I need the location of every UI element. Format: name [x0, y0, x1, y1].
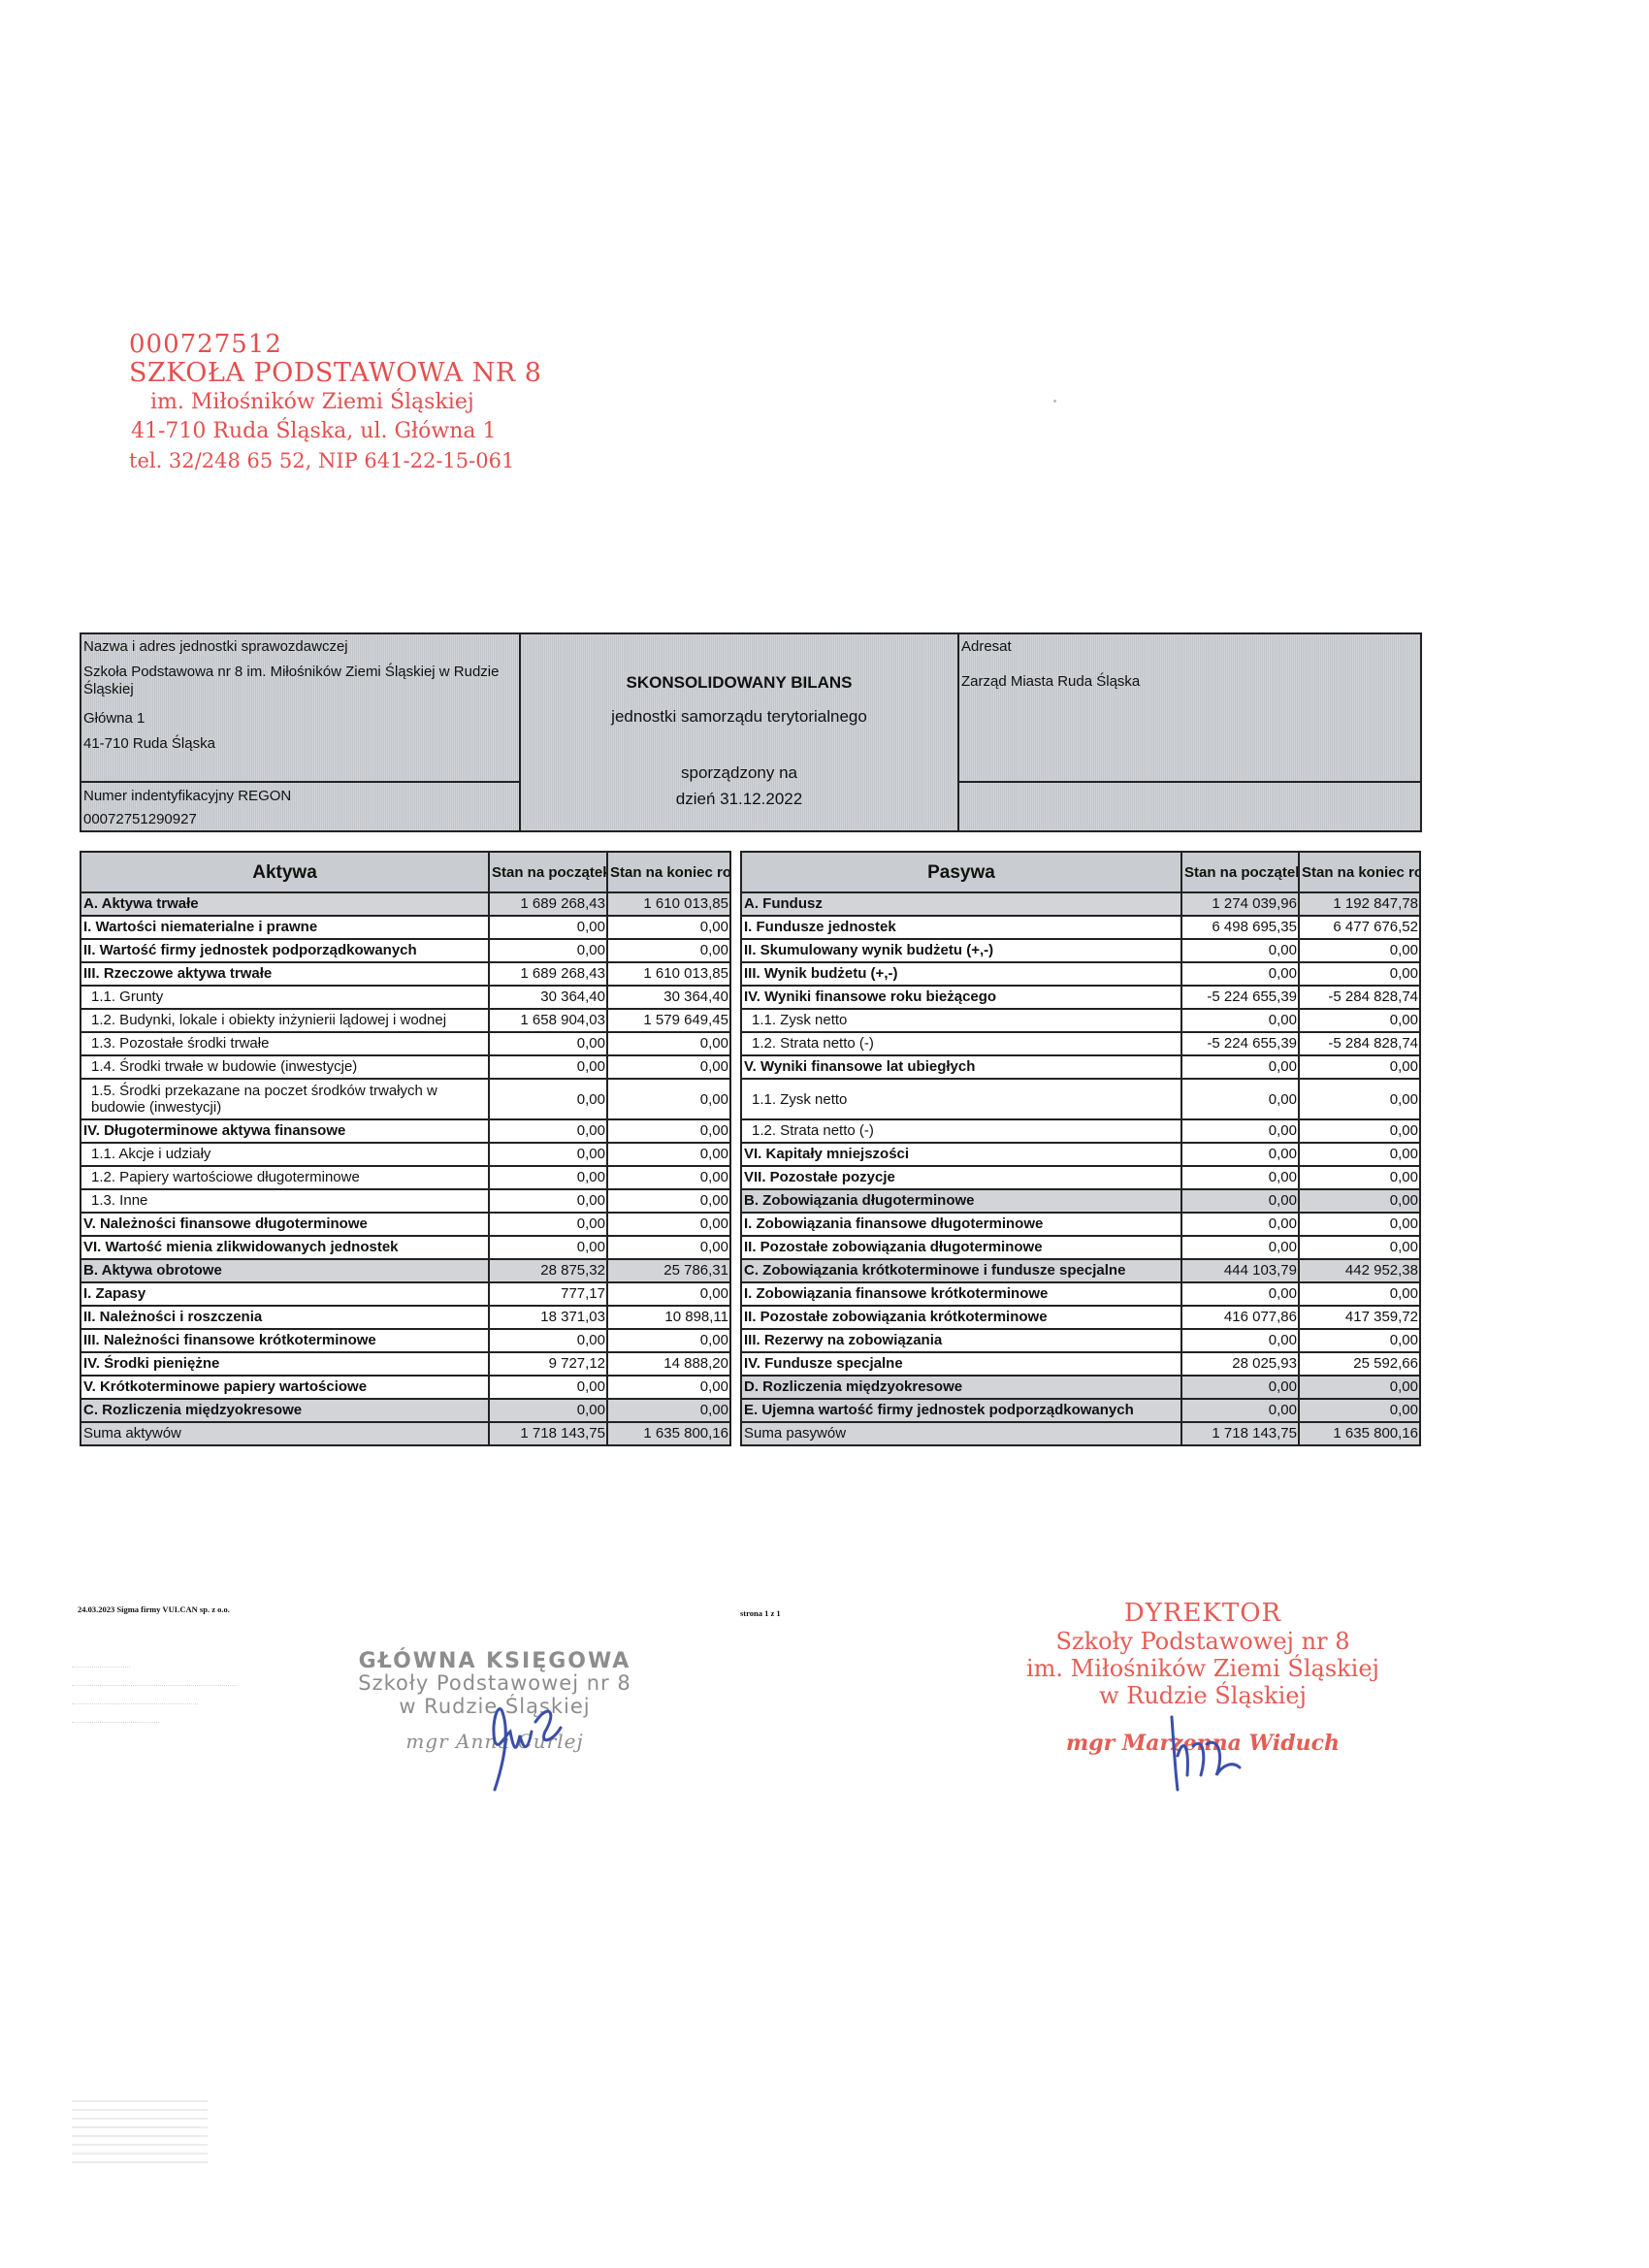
table-row: II. Wartość firmy jednostek podporządkow…: [81, 939, 730, 962]
row-label: A. Fundusz: [741, 892, 1181, 916]
value-end: 0,00: [607, 1055, 730, 1079]
value-end: 0,00: [607, 1189, 730, 1213]
row-label: II. Pozostałe zobowiązania krótkotermino…: [741, 1306, 1181, 1329]
value-end: 0,00: [607, 1282, 730, 1306]
report-title: SKONSOLIDOWANY BILANS: [521, 673, 957, 693]
value-start: -5 224 655,39: [1181, 986, 1299, 1009]
row-label: A. Aktywa trwałe: [81, 892, 489, 916]
table-row: 1.1. Zysk netto0,000,00: [741, 1079, 1420, 1119]
value-start: 0,00: [489, 1143, 607, 1166]
stamp-contact: tel. 32/248 65 52, NIP 641-22-15-061: [129, 446, 541, 475]
value-end: 0,00: [1299, 1189, 1420, 1213]
table-row: I. Wartości niematerialne i prawne0,000,…: [81, 916, 730, 939]
table-row: III. Wynik budżetu (+,-)0,000,00: [741, 962, 1420, 986]
value-end: 0,00: [607, 1143, 730, 1166]
row-label: C. Zobowiązania krótkoterminowe i fundus…: [741, 1259, 1181, 1282]
row-label: D. Rozliczenia międzyokresowe: [741, 1376, 1181, 1399]
unit-label: Nazwa i adres jednostki sprawozdawczej: [83, 638, 348, 656]
value-start: 6 498 695,35: [1181, 916, 1299, 939]
value-start: 1 658 904,03: [489, 1009, 607, 1032]
value-start: 0,00: [489, 1399, 607, 1422]
value-start: 1 689 268,43: [489, 962, 607, 986]
table-row: V. Krótkoterminowe papiery wartościowe0,…: [81, 1376, 730, 1399]
value-end: 30 364,40: [607, 986, 730, 1009]
value-end: 1 635 800,16: [1299, 1422, 1420, 1445]
value-start: 0,00: [489, 1079, 607, 1119]
row-label: 1.1. Grunty: [81, 986, 489, 1009]
bleed-through-text: [72, 1649, 305, 1736]
value-end: 0,00: [1299, 962, 1420, 986]
value-end: 14 888,20: [607, 1352, 730, 1376]
recipient-cell: Adresat Zarząd Miasta Ruda Śląska: [959, 634, 1420, 830]
row-label: II. Skumulowany wynik budżetu (+,-): [741, 939, 1181, 962]
report-header: Nazwa i adres jednostki sprawozdawczej S…: [80, 632, 1422, 832]
bleed-through-text: [72, 2095, 208, 2163]
assets-header: Aktywa: [81, 852, 489, 892]
value-start: 0,00: [489, 1213, 607, 1236]
table-row: IV. Fundusze specjalne28 025,9325 592,66: [741, 1352, 1420, 1376]
value-end: 0,00: [1299, 1236, 1420, 1259]
table-row: 1.4. Środki trwałe w budowie (inwestycje…: [81, 1055, 730, 1079]
row-label: IV. Długoterminowe aktywa finansowe: [81, 1119, 489, 1143]
table-row: VI. Wartość mienia zlikwidowanych jednos…: [81, 1236, 730, 1259]
value-end: 1 610 013,85: [607, 892, 730, 916]
table-row: 1.2. Budynki, lokale i obiekty inżynieri…: [81, 1009, 730, 1032]
value-start: 0,00: [1181, 1009, 1299, 1032]
table-row: V. Wyniki finansowe lat ubiegłych0,000,0…: [741, 1055, 1420, 1079]
col-start-header: Stan na początek roku: [489, 852, 607, 892]
value-start: 30 364,40: [489, 986, 607, 1009]
value-start: 9 727,12: [489, 1352, 607, 1376]
table-row: 1.2. Papiery wartościowe długoterminowe0…: [81, 1166, 730, 1189]
row-label: IV. Wyniki finansowe roku bieżącego: [741, 986, 1181, 1009]
assets-table: Aktywa Stan na początek roku Stan na kon…: [80, 851, 731, 1446]
table-row: 1.1. Grunty30 364,4030 364,40: [81, 986, 730, 1009]
accountant-school: Szkoły Podstawowej nr 8: [349, 1671, 640, 1695]
table-row: B. Zobowiązania długoterminowe0,000,00: [741, 1189, 1420, 1213]
value-end: 417 359,72: [1299, 1306, 1420, 1329]
value-start: 28 875,32: [489, 1259, 607, 1282]
stamp-address: 41-710 Ruda Śląska, ul. Główna 1: [129, 417, 541, 446]
report-date: dzień 31.12.2022: [521, 790, 957, 809]
generated-by: 24.03.2023 Sigma firmy VULCAN sp. z o.o.: [78, 1604, 230, 1614]
value-end: 0,00: [1299, 1282, 1420, 1306]
row-label: 1.2. Strata netto (-): [741, 1119, 1181, 1143]
row-label: V. Wyniki finansowe lat ubiegłych: [741, 1055, 1181, 1079]
row-label: III. Wynik budżetu (+,-): [741, 962, 1181, 986]
table-row: 1.2. Strata netto (-)-5 224 655,39-5 284…: [741, 1032, 1420, 1055]
value-start: 416 077,86: [1181, 1306, 1299, 1329]
row-label: 1.5. Środki przekazane na poczet środków…: [81, 1079, 489, 1119]
value-start: -5 224 655,39: [1181, 1032, 1299, 1055]
unit-city: 41-710 Ruda Śląska: [83, 735, 215, 753]
unit-name: Szkoła Podstawowa nr 8 im. Miłośników Zi…: [83, 664, 501, 698]
table-row: III. Rzeczowe aktywa trwałe1 689 268,431…: [81, 962, 730, 986]
row-label: II. Wartość firmy jednostek podporządkow…: [81, 939, 489, 962]
table-row: V. Należności finansowe długoterminowe0,…: [81, 1213, 730, 1236]
row-label: IV. Fundusze specjalne: [741, 1352, 1181, 1376]
value-start: 18 371,03: [489, 1306, 607, 1329]
value-end: 0,00: [607, 1236, 730, 1259]
director-patron: im. Miłośników Ziemi Śląskiej: [1009, 1655, 1397, 1682]
table-row: II. Należności i roszczenia18 371,0310 8…: [81, 1306, 730, 1329]
value-end: 0,00: [1299, 1055, 1420, 1079]
row-label: 1.2. Strata netto (-): [741, 1032, 1181, 1055]
row-label: 1.2. Papiery wartościowe długoterminowe: [81, 1166, 489, 1189]
value-end: 1 610 013,85: [607, 962, 730, 986]
col-start-header: Stan na początek roku: [1181, 852, 1299, 892]
value-end: 0,00: [1299, 1119, 1420, 1143]
table-row: IV. Środki pieniężne9 727,1214 888,20: [81, 1352, 730, 1376]
value-end: 0,00: [1299, 1329, 1420, 1352]
value-start: 0,00: [489, 939, 607, 962]
value-start: 0,00: [1181, 1213, 1299, 1236]
value-end: 0,00: [607, 1079, 730, 1119]
value-end: 0,00: [607, 916, 730, 939]
value-start: 1 689 268,43: [489, 892, 607, 916]
table-row: I. Zapasy777,170,00: [81, 1282, 730, 1306]
table-row: Suma pasywów1 718 143,751 635 800,16: [741, 1422, 1420, 1445]
row-label: V. Należności finansowe długoterminowe: [81, 1213, 489, 1236]
row-label: I. Fundusze jednostek: [741, 916, 1181, 939]
table-row: IV. Długoterminowe aktywa finansowe0,000…: [81, 1119, 730, 1143]
table-row: B. Aktywa obrotowe28 875,3225 786,31: [81, 1259, 730, 1282]
table-row: III. Rezerwy na zobowiązania0,000,00: [741, 1329, 1420, 1352]
value-start: 444 103,79: [1181, 1259, 1299, 1282]
value-start: 28 025,93: [1181, 1352, 1299, 1376]
reporting-unit-cell: Nazwa i adres jednostki sprawozdawczej S…: [81, 634, 521, 830]
unit-street: Główna 1: [83, 710, 145, 728]
value-start: 0,00: [489, 1119, 607, 1143]
value-end: 10 898,11: [607, 1306, 730, 1329]
value-start: 0,00: [489, 1189, 607, 1213]
table-row: A. Aktywa trwałe1 689 268,431 610 013,85: [81, 892, 730, 916]
value-start: 0,00: [1181, 1119, 1299, 1143]
table-row: E. Ujemna wartość firmy jednostek podpor…: [741, 1399, 1420, 1422]
value-end: 0,00: [607, 1399, 730, 1422]
value-end: 25 592,66: [1299, 1352, 1420, 1376]
table-row: 1.1. Zysk netto0,000,00: [741, 1009, 1420, 1032]
value-end: 442 952,38: [1299, 1259, 1420, 1282]
table-row: C. Rozliczenia międzyokresowe0,000,00: [81, 1399, 730, 1422]
table-row: Suma aktywów1 718 143,751 635 800,16: [81, 1422, 730, 1445]
row-label: VII. Pozostałe pozycje: [741, 1166, 1181, 1189]
value-end: 0,00: [1299, 1376, 1420, 1399]
row-label: IV. Środki pieniężne: [81, 1352, 489, 1376]
stamp-school-name: SZKOŁA PODSTAWOWA NR 8: [129, 359, 541, 388]
page-number: strona 1 z 1: [740, 1608, 781, 1618]
value-end: 0,00: [607, 1329, 730, 1352]
regon-value: 00072751290927: [83, 811, 197, 828]
director-school: Szkoły Podstawowej nr 8: [1009, 1628, 1397, 1655]
row-label: I. Zapasy: [81, 1282, 489, 1306]
value-start: 0,00: [489, 1236, 607, 1259]
value-end: 6 477 676,52: [1299, 916, 1420, 939]
accountant-signature-icon: [456, 1693, 582, 1799]
value-end: 0,00: [1299, 1009, 1420, 1032]
liabilities-table: Pasywa Stan na początek roku Stan na kon…: [740, 851, 1421, 1446]
value-end: 0,00: [1299, 1399, 1420, 1422]
school-stamp: 000727512 SZKOŁA PODSTAWOWA NR 8 im. Mił…: [129, 330, 541, 475]
value-start: 0,00: [1181, 1329, 1299, 1352]
value-start: 0,00: [489, 916, 607, 939]
row-label: 1.3. Inne: [81, 1189, 489, 1213]
table-row: VII. Pozostałe pozycje0,000,00: [741, 1166, 1420, 1189]
value-start: 0,00: [1181, 1399, 1299, 1422]
row-label: C. Rozliczenia międzyokresowe: [81, 1399, 489, 1422]
value-end: 0,00: [607, 939, 730, 962]
value-end: 0,00: [607, 1376, 730, 1399]
value-end: 0,00: [607, 1119, 730, 1143]
accountant-title: GŁÓWNA KSIĘGOWA: [349, 1649, 640, 1673]
value-start: 0,00: [1181, 1282, 1299, 1306]
stamp-patron: im. Miłośników Ziemi Śląskiej: [129, 388, 541, 417]
row-label: 1.1. Akcje i udziały: [81, 1143, 489, 1166]
table-row: 1.1. Akcje i udziały0,000,00: [81, 1143, 730, 1166]
value-start: 0,00: [489, 1376, 607, 1399]
row-label: E. Ujemna wartość firmy jednostek podpor…: [741, 1399, 1181, 1422]
row-label: Suma pasywów: [741, 1422, 1181, 1445]
row-label: 1.1. Zysk netto: [741, 1079, 1181, 1119]
row-label: I. Zobowiązania finansowe krótkoterminow…: [741, 1282, 1181, 1306]
divider: [81, 781, 521, 783]
row-label: III. Należności finansowe krótkoterminow…: [81, 1329, 489, 1352]
value-start: 0,00: [1181, 1079, 1299, 1119]
value-start: 0,00: [1181, 1376, 1299, 1399]
value-end: 1 635 800,16: [607, 1422, 730, 1445]
row-label: II. Należności i roszczenia: [81, 1306, 489, 1329]
value-end: 0,00: [1299, 1079, 1420, 1119]
value-start: 0,00: [489, 1166, 607, 1189]
value-start: 0,00: [489, 1032, 607, 1055]
report-subtitle: jednostki samorządu terytorialnego: [521, 707, 957, 727]
table-row: I. Fundusze jednostek6 498 695,356 477 6…: [741, 916, 1420, 939]
table-row: D. Rozliczenia międzyokresowe0,000,00: [741, 1376, 1420, 1399]
recipient-label: Adresat: [961, 638, 1012, 656]
table-row: VI. Kapitały mniejszości0,000,00: [741, 1143, 1420, 1166]
value-end: 0,00: [607, 1166, 730, 1189]
value-start: 0,00: [1181, 939, 1299, 962]
value-end: -5 284 828,74: [1299, 986, 1420, 1009]
prepared-on-label: sporządzony na: [521, 763, 957, 783]
table-row: C. Zobowiązania krótkoterminowe i fundus…: [741, 1259, 1420, 1282]
row-label: VI. Kapitały mniejszości: [741, 1143, 1181, 1166]
scan-speck: [1053, 400, 1056, 403]
row-label: Suma aktywów: [81, 1422, 489, 1445]
value-end: 0,00: [607, 1213, 730, 1236]
row-label: B. Aktywa obrotowe: [81, 1259, 489, 1282]
row-label: VI. Wartość mienia zlikwidowanych jednos…: [81, 1236, 489, 1259]
value-end: 1 579 649,45: [607, 1009, 730, 1032]
value-start: 0,00: [489, 1055, 607, 1079]
table-row: IV. Wyniki finansowe roku bieżącego-5 22…: [741, 986, 1420, 1009]
value-end: 25 786,31: [607, 1259, 730, 1282]
table-row: I. Zobowiązania finansowe krótkoterminow…: [741, 1282, 1420, 1306]
value-end: 0,00: [1299, 939, 1420, 962]
director-city: w Rudzie Śląskiej: [1009, 1682, 1397, 1709]
director-signature-icon: [1164, 1707, 1251, 1795]
row-label: I. Wartości niematerialne i prawne: [81, 916, 489, 939]
table-row: 1.3. Pozostałe środki trwałe0,000,00: [81, 1032, 730, 1055]
row-label: 1.3. Pozostałe środki trwałe: [81, 1032, 489, 1055]
row-label: III. Rzeczowe aktywa trwałe: [81, 962, 489, 986]
value-end: 0,00: [1299, 1213, 1420, 1236]
row-label: 1.2. Budynki, lokale i obiekty inżynieri…: [81, 1009, 489, 1032]
col-end-header: Stan na koniec roku: [1299, 852, 1420, 892]
row-label: I. Zobowiązania finansowe długoterminowe: [741, 1213, 1181, 1236]
value-end: 0,00: [607, 1032, 730, 1055]
value-start: 0,00: [1181, 1166, 1299, 1189]
value-start: 1 718 143,75: [1181, 1422, 1299, 1445]
value-start: 0,00: [1181, 962, 1299, 986]
table-row: A. Fundusz1 274 039,961 192 847,78: [741, 892, 1420, 916]
col-end-header: Stan na koniec roku: [607, 852, 730, 892]
table-row: 1.5. Środki przekazane na poczet środków…: [81, 1079, 730, 1119]
value-start: 0,00: [1181, 1189, 1299, 1213]
row-label: II. Pozostałe zobowiązania długoterminow…: [741, 1236, 1181, 1259]
regon-label: Numer indentyfikacyjny REGON: [83, 788, 291, 805]
value-start: 0,00: [1181, 1143, 1299, 1166]
table-row: II. Pozostałe zobowiązania krótkotermino…: [741, 1306, 1420, 1329]
row-label: III. Rezerwy na zobowiązania: [741, 1329, 1181, 1352]
value-end: 0,00: [1299, 1166, 1420, 1189]
report-title-cell: SKONSOLIDOWANY BILANS jednostki samorząd…: [521, 634, 959, 830]
table-row: II. Skumulowany wynik budżetu (+,-)0,000…: [741, 939, 1420, 962]
row-label: B. Zobowiązania długoterminowe: [741, 1189, 1181, 1213]
value-start: 0,00: [489, 1329, 607, 1352]
stamp-regon: 000727512: [129, 330, 541, 359]
value-start: 0,00: [1181, 1236, 1299, 1259]
liabilities-header: Pasywa: [741, 852, 1181, 892]
value-start: 1 274 039,96: [1181, 892, 1299, 916]
table-row: II. Pozostałe zobowiązania długoterminow…: [741, 1236, 1420, 1259]
director-title: DYREKTOR: [1009, 1599, 1397, 1628]
table-row: 1.2. Strata netto (-)0,000,00: [741, 1119, 1420, 1143]
value-end: 1 192 847,78: [1299, 892, 1420, 916]
table-row: 1.3. Inne0,000,00: [81, 1189, 730, 1213]
value-end: 0,00: [1299, 1143, 1420, 1166]
row-label: V. Krótkoterminowe papiery wartościowe: [81, 1376, 489, 1399]
recipient-name: Zarząd Miasta Ruda Śląska: [961, 673, 1140, 691]
table-row: III. Należności finansowe krótkoterminow…: [81, 1329, 730, 1352]
table-row: I. Zobowiązania finansowe długoterminowe…: [741, 1213, 1420, 1236]
value-end: -5 284 828,74: [1299, 1032, 1420, 1055]
row-label: 1.1. Zysk netto: [741, 1009, 1181, 1032]
divider: [959, 781, 1420, 783]
value-start: 777,17: [489, 1282, 607, 1306]
value-start: 0,00: [1181, 1055, 1299, 1079]
row-label: 1.4. Środki trwałe w budowie (inwestycje…: [81, 1055, 489, 1079]
value-start: 1 718 143,75: [489, 1422, 607, 1445]
